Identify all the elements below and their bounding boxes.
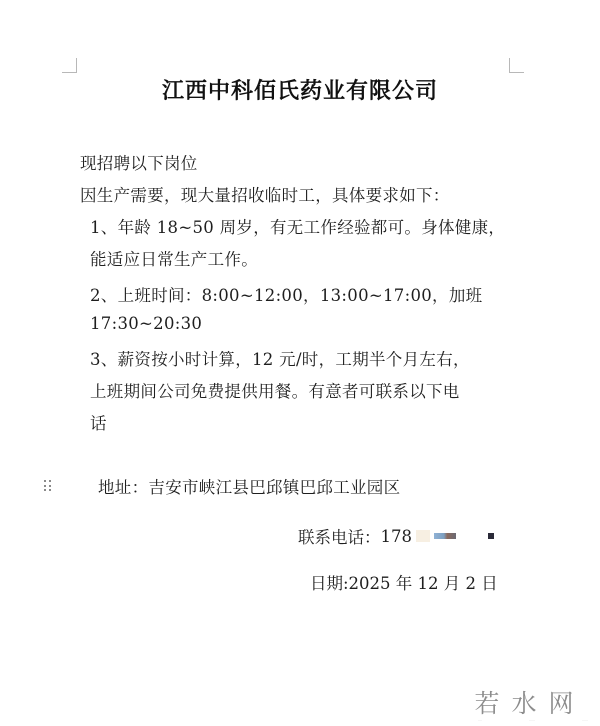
redaction-block	[488, 533, 494, 539]
contact-label: 联系电话：	[298, 524, 381, 548]
redaction-block	[434, 533, 456, 539]
contact-phone-prefix: 178	[381, 527, 413, 546]
document-page: 江西中科佰氏药业有限公司 现招聘以下岗位 因生产需要，现大量招收临时工，具体要求…	[0, 0, 600, 726]
watermark-subtext-item: ......	[582, 718, 588, 722]
page-corner-mark-top-left	[62, 58, 77, 73]
requirement-pay-cont: 话	[90, 410, 107, 434]
watermark-subtext: .... ...... ......	[478, 718, 588, 722]
document-title: 江西中科佰氏药业有限公司	[0, 74, 600, 105]
requirement-hours: 2、上班时间：8:00~12:00，13:00~17:00，加班	[90, 282, 482, 306]
redaction-block	[416, 530, 430, 542]
page-corner-mark-top-right	[509, 58, 524, 73]
watermark-subtext-item: ....	[478, 718, 482, 722]
requirement-age-cont: 能适应日常生产工作。	[90, 246, 258, 270]
requirement-pay-cont: 上班期间公司免费提供用餐。有意者可联系以下电	[90, 378, 460, 402]
address-text: 地址：吉安市峡江县巴邱镇巴邱工业园区	[98, 474, 400, 498]
drag-handle-icon[interactable]	[44, 480, 54, 492]
document-date: 日期:2025 年 12 月 2 日	[310, 570, 498, 594]
redacted-phone-digits	[416, 530, 494, 542]
contact-phone-row: 联系电话： 178	[298, 524, 494, 548]
requirement-hours-cont: 17:30~20:30	[90, 314, 202, 333]
requirement-age: 1、年龄 18~50 周岁，有无工作经验都可。身体健康，	[90, 214, 505, 238]
intro-line: 因生产需要，现大量招收临时工，具体要求如下：	[80, 182, 450, 206]
intro-line: 现招聘以下岗位	[80, 150, 198, 174]
address-row: 地址：吉安市峡江县巴邱镇巴邱工业园区	[44, 474, 400, 498]
watermark-logo: 若水网	[465, 684, 595, 720]
watermark-subtext-item: ......	[529, 718, 535, 722]
requirement-pay: 3、薪资按小时计算，12 元/时，工期半个月左右，	[90, 346, 470, 370]
